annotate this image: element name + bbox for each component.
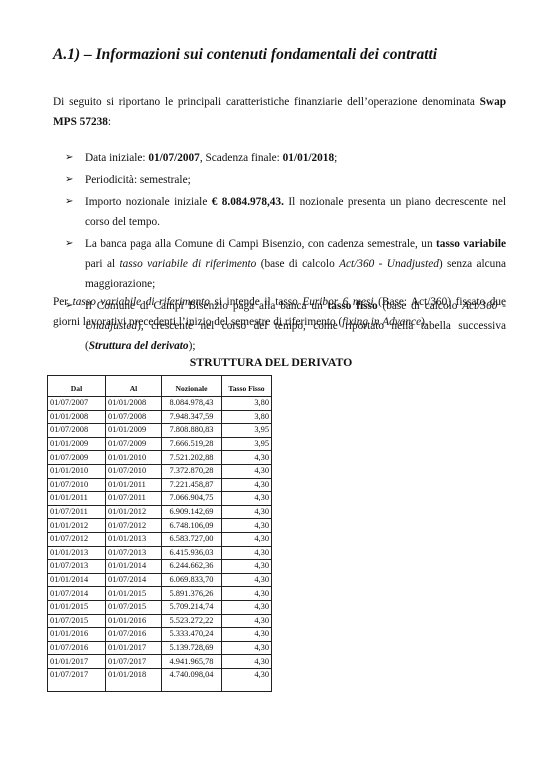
table-row: 01/01/201301/07/20136.415.936,034,30	[48, 546, 272, 560]
table-cell: 01/01/2017	[106, 641, 162, 655]
list-item: ➢Periodicità: semestrale;	[65, 170, 506, 190]
table-cell: 01/01/2011	[48, 492, 106, 506]
column-header: Dal	[48, 376, 106, 397]
table-header-row: DalAlNozionaleTasso Fisso	[48, 376, 272, 397]
table-cell: 01/01/2009	[106, 424, 162, 438]
table-cell: 3,95	[222, 424, 272, 438]
table-row: 01/07/201001/01/20117.221.458,874,30	[48, 478, 272, 492]
table-cell: 01/01/2008	[106, 397, 162, 411]
table-cell: 4,30	[222, 668, 272, 691]
table-cell: 4,30	[222, 628, 272, 642]
table-cell: 01/07/2012	[48, 532, 106, 546]
table-cell: 01/01/2015	[48, 600, 106, 614]
text-run: si intende il tasso	[210, 296, 302, 308]
table-row: 01/01/201001/07/20107.372.870,284,30	[48, 464, 272, 478]
table-cell: 01/07/2015	[48, 614, 106, 628]
table-row: 01/01/201501/07/20155.709.214,744,30	[48, 600, 272, 614]
table-cell: 5.709.214,74	[162, 600, 222, 614]
table-cell: 01/07/2016	[48, 641, 106, 655]
table-cell: 01/07/2011	[48, 505, 106, 519]
table-cell: 4,30	[222, 492, 272, 506]
table-cell: 01/07/2008	[106, 410, 162, 424]
table-cell: 6.069.833,70	[162, 573, 222, 587]
table-row: 01/07/201101/01/20126.909.142,694,30	[48, 505, 272, 519]
intro-paragraph: Di seguito si riportano le principali ca…	[53, 92, 506, 132]
table-cell: 5.891.376,26	[162, 587, 222, 601]
table-cell: 4,30	[222, 600, 272, 614]
table-row: 01/07/201501/01/20165.523.272,224,30	[48, 614, 272, 628]
table-cell: 5.523.272,22	[162, 614, 222, 628]
table-cell: 01/01/2008	[48, 410, 106, 424]
table-cell: 4,30	[222, 505, 272, 519]
table-cell: 01/07/2017	[48, 668, 106, 691]
table-cell: 4,30	[222, 519, 272, 533]
table-cell: 01/07/2017	[106, 655, 162, 669]
table-cell: 4.740.098,04	[162, 668, 222, 691]
table-cell: 01/01/2012	[48, 519, 106, 533]
text-run: fixing in Advance	[342, 316, 421, 328]
list-item: ➢Importo nozionale iniziale € 8.084.978,…	[65, 192, 506, 232]
text-run: , Scadenza finale:	[200, 152, 283, 164]
text-run: Struttura del derivato	[89, 340, 189, 352]
table-cell: 7.066.904,75	[162, 492, 222, 506]
text-run: ).	[421, 316, 428, 328]
text-run: Data iniziale:	[85, 152, 148, 164]
table-cell: 7.948.347,59	[162, 410, 222, 424]
text-run: Per	[53, 296, 73, 308]
table-cell: 01/01/2016	[48, 628, 106, 642]
text-run: );	[189, 340, 196, 352]
table-cell: 4,30	[222, 641, 272, 655]
table-cell: 3,80	[222, 410, 272, 424]
table-cell: 3,95	[222, 437, 272, 451]
table-cell: 01/07/2015	[106, 600, 162, 614]
table-cell: 4,30	[222, 587, 272, 601]
arrowhead-right-icon: ➢	[65, 170, 73, 190]
table-cell: 6.748.106,09	[162, 519, 222, 533]
table-cell: 01/01/2011	[106, 478, 162, 492]
table-row: 01/07/201401/01/20155.891.376,264,30	[48, 587, 272, 601]
table-cell: 01/01/2012	[106, 505, 162, 519]
text-run: 01/07/2007	[148, 152, 199, 164]
table-row: 01/07/201301/01/20146.244.662,364,30	[48, 560, 272, 574]
table-cell: 4,30	[222, 655, 272, 669]
table-row: 01/01/201601/07/20165.333.470,244,30	[48, 628, 272, 642]
table-cell: 01/07/2012	[106, 519, 162, 533]
table-row: 01/01/200801/07/20087.948.347,593,80	[48, 410, 272, 424]
text-run: tasso variabile	[436, 238, 506, 250]
table-cell: 6.244.662,36	[162, 560, 222, 574]
table-cell: 01/01/2018	[106, 668, 162, 691]
text-run: (base di calcolo	[256, 258, 339, 270]
table-row: 01/07/200801/01/20097.808.880,833,95	[48, 424, 272, 438]
table-row: 01/01/200901/07/20097.666.519,283,95	[48, 437, 272, 451]
intro-end: :	[108, 116, 111, 128]
table-cell: 01/07/2014	[48, 587, 106, 601]
table-cell: 01/01/2017	[48, 655, 106, 669]
table-cell: 4,30	[222, 464, 272, 478]
list-item: ➢Data iniziale: 01/07/2007, Scadenza fin…	[65, 148, 506, 168]
table-cell: 01/07/2009	[48, 451, 106, 465]
table-cell: 6.583.727,00	[162, 532, 222, 546]
table-cell: 5.139.728,69	[162, 641, 222, 655]
table-cell: 01/01/2016	[106, 614, 162, 628]
text-run: ;	[334, 152, 337, 164]
table-row: 01/01/201201/07/20126.748.106,094,30	[48, 519, 272, 533]
table-cell: 5.333.470,24	[162, 628, 222, 642]
table-cell: 7.221.458,87	[162, 478, 222, 492]
text-run: Act/360 - Unadjusted	[339, 258, 439, 270]
table-cell: 8.084.978,43	[162, 397, 222, 411]
table-cell: 4,30	[222, 546, 272, 560]
table-title: STRUTTURA DEL DERIVATO	[0, 355, 542, 370]
intro-text: Di seguito si riportano le principali ca…	[53, 96, 480, 108]
table-cell: 01/01/2009	[48, 437, 106, 451]
table-cell: 6.415.936,03	[162, 546, 222, 560]
text-run: pari al	[85, 258, 120, 270]
derivative-structure-table: DalAlNozionaleTasso Fisso 01/07/200701/0…	[47, 375, 272, 692]
column-header: Tasso Fisso	[222, 376, 272, 397]
table-cell: 01/07/2016	[106, 628, 162, 642]
text-run: € 8.084.978,43.	[212, 196, 284, 208]
table-cell: 01/07/2010	[48, 478, 106, 492]
table-cell: 7.808.880,83	[162, 424, 222, 438]
column-header: Al	[106, 376, 162, 397]
table-row: 01/01/201101/07/20117.066.904,754,30	[48, 492, 272, 506]
text-run: La banca paga alla Comune di Campi Bisen…	[85, 238, 436, 250]
table-cell: 01/01/2010	[106, 451, 162, 465]
definition-paragraph: Per tasso variabile di riferimento si in…	[53, 292, 506, 332]
arrowhead-right-icon: ➢	[65, 234, 73, 254]
table-cell: 01/07/2009	[106, 437, 162, 451]
table-cell: 4,30	[222, 573, 272, 587]
table-cell: 01/07/2010	[106, 464, 162, 478]
table-cell: 01/01/2013	[106, 532, 162, 546]
table-cell: 01/07/2013	[106, 546, 162, 560]
table-cell: 01/07/2014	[106, 573, 162, 587]
text-run: tasso variabile di riferimento	[73, 296, 210, 308]
text-run: Importo nozionale iniziale	[85, 196, 212, 208]
table-cell: 3,80	[222, 397, 272, 411]
table-row: 01/07/201601/01/20175.139.728,694,30	[48, 641, 272, 655]
table-cell: 01/01/2013	[48, 546, 106, 560]
table-row: 01/01/201401/07/20146.069.833,704,30	[48, 573, 272, 587]
table-cell: 01/07/2007	[48, 397, 106, 411]
arrowhead-right-icon: ➢	[65, 192, 73, 212]
table-cell: 01/07/2013	[48, 560, 106, 574]
text-run: Euribor 6 mesi	[302, 296, 373, 308]
table-cell: 01/01/2015	[106, 587, 162, 601]
table-cell: 01/07/2008	[48, 424, 106, 438]
arrowhead-right-icon: ➢	[65, 148, 73, 168]
text-run: Periodicità: semestrale;	[85, 174, 191, 186]
table-cell: 4,30	[222, 614, 272, 628]
table-cell: 7.372.870,28	[162, 464, 222, 478]
column-header: Nozionale	[162, 376, 222, 397]
table-cell: 4,30	[222, 560, 272, 574]
table-cell: 01/01/2010	[48, 464, 106, 478]
list-item: ➢La banca paga alla Comune di Campi Bise…	[65, 234, 506, 294]
table-row: 01/07/200901/01/20107.521.202,884,30	[48, 451, 272, 465]
table-cell: 4,30	[222, 478, 272, 492]
table-cell: 4,30	[222, 532, 272, 546]
table-row: 01/07/201701/01/20184.740.098,044,30	[48, 668, 272, 691]
section-heading: A.1) – Informazioni sui contenuti fondam…	[53, 46, 437, 64]
table-body: 01/07/200701/01/20088.084.978,433,8001/0…	[48, 397, 272, 692]
table-row: 01/07/200701/01/20088.084.978,433,80	[48, 397, 272, 411]
table-cell: 01/07/2011	[106, 492, 162, 506]
table-cell: 4.941.965,78	[162, 655, 222, 669]
table-row: 01/07/201201/01/20136.583.727,004,30	[48, 532, 272, 546]
table-cell: 4,30	[222, 451, 272, 465]
table-cell: 01/01/2014	[106, 560, 162, 574]
table-cell: 7.521.202,88	[162, 451, 222, 465]
table-cell: 01/01/2014	[48, 573, 106, 587]
text-run: 01/01/2018	[283, 152, 334, 164]
table-row: 01/01/201701/07/20174.941.965,784,30	[48, 655, 272, 669]
table-cell: 6.909.142,69	[162, 505, 222, 519]
text-run: tasso variabile di riferimento	[120, 258, 257, 270]
table-cell: 7.666.519,28	[162, 437, 222, 451]
